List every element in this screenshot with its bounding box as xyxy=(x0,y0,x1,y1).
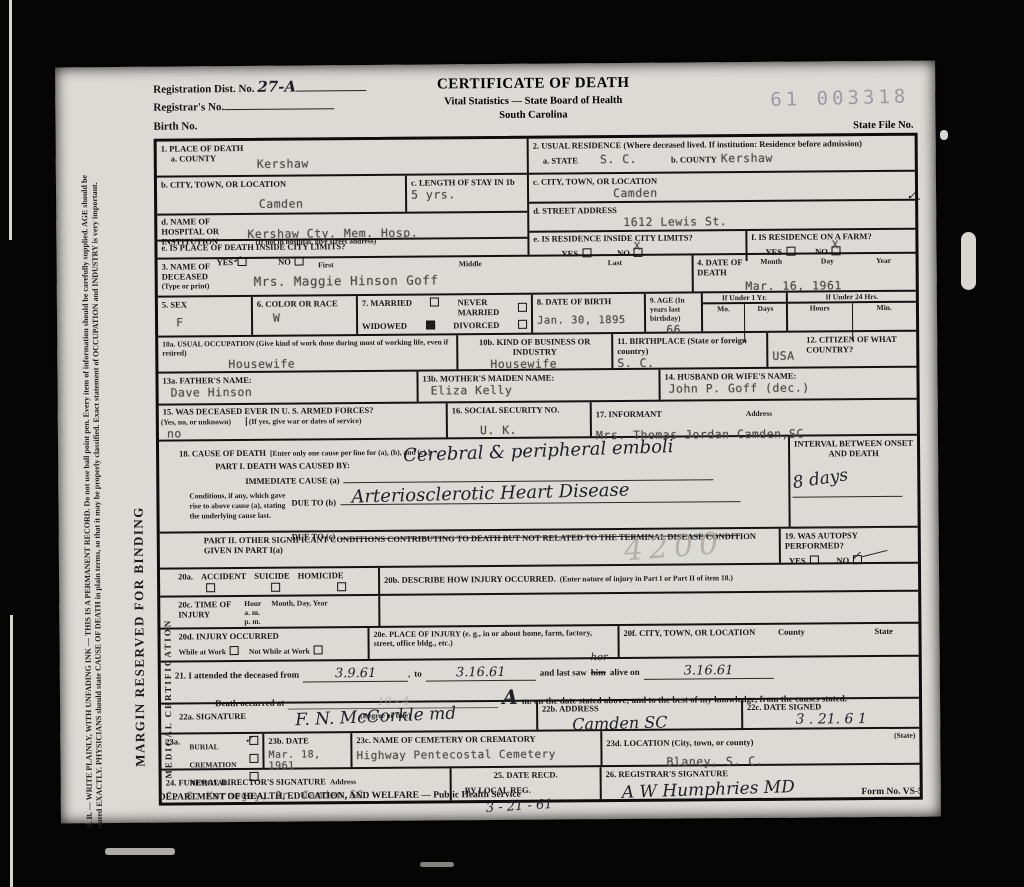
pen-stroke xyxy=(862,550,887,557)
signature-label: 22a. SIGNATURE xyxy=(179,711,246,722)
middle-header: Middle xyxy=(398,259,543,269)
day-header: Day xyxy=(799,256,855,277)
cremation-checkbox xyxy=(249,754,258,763)
place-of-injury-label: 20e. PLACE OF INJURY (e. g., in or about… xyxy=(373,628,613,648)
suicide-label: SUICIDE xyxy=(254,571,290,581)
section-date-of-death: 4. DATE OF DEATH Month Day Year Mar. 16,… xyxy=(693,254,916,292)
never-married-label: NEVER MARRIED xyxy=(458,297,500,318)
pm-label: p. m. xyxy=(244,617,261,626)
am-label: a. m. xyxy=(244,608,261,617)
year-header: Year xyxy=(855,256,911,277)
burial-date-label: 23b. DATE xyxy=(268,735,346,746)
cremation-label: CREMATION xyxy=(189,760,236,769)
armed-forces-value: no xyxy=(159,425,446,441)
row-place-residence: 1. PLACE OF DEATH a. COUNTY Kershaw b. C… xyxy=(157,136,916,260)
describe-injury-note: (Enter nature of injury in Part I or Par… xyxy=(560,573,733,583)
birth-no-label: Birth No. xyxy=(153,120,197,132)
injury-county-label: County xyxy=(778,626,875,654)
section-autopsy: 19. WAS AUTOPSY PERFORMED? YES NO ✓ xyxy=(781,528,918,563)
dob-value: Jan. 30, 1895 xyxy=(537,314,640,327)
scan-blob xyxy=(961,232,976,290)
row-forces-ssn-informant: 15. WAS DECEASED EVER IN U. S. ARMED FOR… xyxy=(159,400,917,442)
month-day-year-label: Month, Day, Year xyxy=(271,598,328,624)
injury-city-label: 20f. CITY, TOWN, OR LOCATION xyxy=(623,627,778,655)
informant-address-header: Address xyxy=(746,409,772,418)
interval-label: INTERVAL BETWEEN ONSET AND DEATH xyxy=(792,438,915,459)
date-signed-value: 3 . 21. 6 1 xyxy=(747,711,915,728)
typed-x-mark: X xyxy=(832,239,839,250)
section-under-24hrs: If Under 24 Hrs. Hours Min. xyxy=(788,292,916,331)
hospital-value: Kershaw Cty. Mem. Hosp. xyxy=(247,226,418,241)
name-label: 3. NAME OF DECEASED xyxy=(162,261,254,282)
burial-location-label: 23d. LOCATION (City, town, or county) xyxy=(606,737,753,748)
father-value: Dave Hinson xyxy=(171,384,413,400)
section-birthplace: 11. BIRTHPLACE (State or foreign country… xyxy=(613,333,768,368)
section-age: 9. AGE (In years last birthday) 66 xyxy=(646,293,703,331)
city-value: Camden xyxy=(161,196,401,212)
usual-residence-label: 2. USUAL RESIDENCE (Where deceased lived… xyxy=(533,138,911,151)
section-accident-suicide-homicide: 20a. ACCIDENT SUICIDE HOMICIDE xyxy=(174,568,380,596)
section-place-of-injury: 20e. PLACE OF INJURY (e. g., in or about… xyxy=(369,626,619,659)
length-of-stay-value: 5 yrs. xyxy=(411,187,523,202)
hospital-label: d. NAME OF HOSPITAL OR INSTITUTION xyxy=(161,216,251,247)
registration-dist-value: 27-A xyxy=(257,78,296,96)
under-1yr-header: If Under 1 Yr. xyxy=(703,293,786,305)
homicide-checkbox xyxy=(337,582,346,591)
section-date-of-birth: 8. DATE OF BIRTH Jan. 30, 1895 xyxy=(533,294,646,333)
injury-occurred-label: 20d. INJURY OCCURRED xyxy=(178,630,363,642)
divorced-checkbox xyxy=(518,320,527,329)
item-20a-label: 20a. xyxy=(178,571,193,581)
immediate-cause-label: IMMEDIATE CAUSE (a) xyxy=(245,475,339,486)
last-saw-text: and last saw xyxy=(540,667,587,677)
res-city-value: Camden xyxy=(613,184,911,200)
row-attended: 21. I attended the deceased from 3.9.61,… xyxy=(161,657,919,705)
section-usual-residence: 2. USUAL RESIDENCE (Where deceased lived… xyxy=(529,136,916,255)
sex-label: 5. SEX xyxy=(162,299,247,310)
item-23a-label: 23a. xyxy=(165,736,189,766)
certificate-title: CERTIFICATE OF DEATH xyxy=(383,75,683,94)
certificate-state: South Carolina xyxy=(383,109,683,122)
section-signature: 22a. SIGNATURE (Degree or title) F. N. M… xyxy=(175,702,538,733)
section-ssn: 16. SOCIAL SECURITY NO. U. K. xyxy=(448,402,592,437)
section-sex: 5. SEX F xyxy=(158,297,253,336)
res-county-label: b. COUNTY xyxy=(671,154,717,164)
section-marital-status: 7. MARRIED NEVER MARRIED WIDOWED DIVORCE… xyxy=(358,295,533,334)
street-address-value: 1612 Lewis St. xyxy=(623,213,911,229)
county-value: Kershaw xyxy=(257,156,309,170)
row-occupation: 10a. USUAL OCCUPATION (Give kind of work… xyxy=(158,332,916,374)
funeral-director-label: 24. FUNERAL DIRECTOR'S SIGNATURE xyxy=(166,776,326,787)
city-label: b. CITY, TOWN, OR LOCATION xyxy=(161,178,401,190)
ssn-label: 16. SOCIAL SECURITY NO. xyxy=(452,404,586,415)
birthplace-label: 11. BIRTHPLACE (State or foreign country… xyxy=(617,335,762,357)
section-burial-date: 23b. DATE Mar. 18, 1961 xyxy=(264,733,352,768)
row-part2-autopsy: PART II. OTHER SIGNIFICANT CONDITIONS CO… xyxy=(160,528,918,570)
state-file-label: State File No. xyxy=(853,120,913,131)
while-at-work-checkbox xyxy=(230,646,239,655)
first-header: First xyxy=(254,260,399,270)
interval-value: 8 days xyxy=(791,456,916,494)
occupation-value: Housewife xyxy=(228,357,295,372)
part2-pencil-scrawl: 4200 xyxy=(623,526,726,569)
while-at-work-label: While at Work xyxy=(179,647,226,656)
to-word: to xyxy=(414,669,422,679)
length-of-stay-label: c. LENGTH OF STAY IN 1b xyxy=(411,177,523,188)
color-race-label: 6. COLOR OR RACE xyxy=(257,298,352,309)
funeral-director-address-header: Address xyxy=(330,777,356,786)
cemetery-value: Highway Pentecostal Cemetery xyxy=(356,747,596,762)
section-injury-occurred: 20d. INJURY OCCURRED While at Work Not W… xyxy=(174,628,369,661)
registration-dist-label: Registration Dist. No. xyxy=(153,83,255,96)
citizen-label: 12. CITIZEN OF WHAT COUNTRY? xyxy=(806,334,912,355)
certificate-paper: N. B. — WRITE PLAINLY, WITH UNFADING INK… xyxy=(55,61,941,824)
industry-value: Housewife xyxy=(490,357,607,372)
section-place-of-death: 1. PLACE OF DEATH a. COUNTY Kershaw b. C… xyxy=(157,139,530,258)
scan-streak xyxy=(420,862,454,867)
state-file-number-stamp: 61 003318 xyxy=(770,86,909,112)
not-while-at-work-checkbox xyxy=(314,645,323,654)
married-label: 7. MARRIED xyxy=(362,298,412,309)
certificate-header: Registration Dist. No. 27-A Registrar's … xyxy=(153,73,917,137)
scan-streak xyxy=(105,848,175,855)
section-describe-injury: 20b. DESCRIBE HOW INJURY OCCURRED. (Ente… xyxy=(380,564,918,594)
cemetery-label: 23c. NAME OF CEMETERY OR CREMATORY xyxy=(356,733,596,745)
sex-value: F xyxy=(176,315,247,330)
spouse-value: John P. Goff (dec.) xyxy=(669,380,913,396)
row-name-dod: 3. NAME OF DECEASED (Type or print) Firs… xyxy=(158,254,916,298)
section-disposition: 23a. BURIAL ✓ CREMATION REMOVAL xyxy=(161,734,264,769)
dod-label: 4. DATE OF DEATH xyxy=(697,257,743,278)
industry-label: 10b. KIND OF BUSINESS OR INDUSTRY xyxy=(462,336,607,358)
date-received-label: 25. DATE RECD. xyxy=(456,769,596,780)
due-to-b-label: DUE TO (b) xyxy=(291,497,336,507)
section-date-signed: 22c. DATE SIGNED 3 . 21. 6 1 xyxy=(743,699,919,728)
dob-label: 8. DATE OF BIRTH xyxy=(537,296,640,307)
mother-value: Eliza Kelly xyxy=(431,382,655,398)
physician-signature-value: F. N. McCorkle md xyxy=(295,704,457,731)
pen-check-mark: ✓ xyxy=(850,550,861,563)
last-seen-date-value: 3.16.61 xyxy=(643,663,773,680)
section-armed-forces: 15. WAS DECEASED EVER IN U. S. ARMED FOR… xyxy=(159,403,448,439)
not-while-at-work-label: Not While at Work xyxy=(249,647,310,656)
section-citizen: 12. CITIZEN OF WHAT COUNTRY? USA xyxy=(768,332,916,367)
homicide-label: HOMICIDE xyxy=(298,570,344,581)
name-sub: (Type or print) xyxy=(162,281,254,291)
res-city-limits-label: e. IS RESIDENCE INSIDE CITY LIMITS? xyxy=(533,232,741,244)
row-cause-of-death: 18. CAUSE OF DEATH [Enter only one cause… xyxy=(159,436,918,534)
certificate-form: 1. PLACE OF DEATH a. COUNTY Kershaw b. C… xyxy=(154,133,923,806)
section-mother: 13b. MOTHER'S MAIDEN NAME: Eliza Kelly xyxy=(418,370,660,402)
state-value: S. C. xyxy=(600,152,637,166)
scan-streak xyxy=(9,0,12,240)
attended-pre-text: 21. I attended the deceased from xyxy=(175,670,299,681)
citizen-value: USA xyxy=(772,349,794,363)
her-handwritten: her xyxy=(591,652,608,663)
section-cause-of-death: 18. CAUSE OF DEATH [Enter only one cause… xyxy=(173,437,791,532)
burial-label: BURIAL xyxy=(189,742,218,751)
month-header: Month xyxy=(743,257,799,278)
burial-state-label: (State) xyxy=(894,731,915,740)
section-interval: INTERVAL BETWEEN ONSET AND DEATH 8 days xyxy=(790,436,918,527)
certificate-subtitle: Vital Statistics — State Board of Health xyxy=(383,95,683,108)
attended-to-value: 3.16.61 xyxy=(426,665,536,682)
last-header: Last xyxy=(543,258,688,268)
ssn-value: U. K. xyxy=(480,422,586,437)
typed-x-mark: X xyxy=(634,241,641,252)
res-farm-label: f. IS RESIDENCE ON A FARM? xyxy=(751,231,911,242)
alive-on-text: alive on xyxy=(610,667,640,677)
time-of-injury-label: 20c. TIME OF INJURY xyxy=(178,599,234,625)
section-spouse: 14. HUSBAND OR WIFE'S NAME: John P. Goff… xyxy=(660,368,916,400)
describe-injury-label: 20b. DESCRIBE HOW INJURY OCCURRED. xyxy=(384,574,556,585)
yes-checkbox xyxy=(809,556,818,565)
accident-label: ACCIDENT xyxy=(201,571,246,582)
header-center: CERTIFICATE OF DEATH Vital Statistics — … xyxy=(383,75,683,122)
armed-forces-note1: (Yes, no, or unknown) xyxy=(159,417,247,427)
scan-streak xyxy=(10,615,13,887)
married-checkbox xyxy=(430,297,439,306)
row-burial: 23a. BURIAL ✓ CREMATION REMOVAL 23b. DAT… xyxy=(161,729,919,771)
time-of-injury-blank xyxy=(380,592,918,626)
accident-checkbox xyxy=(206,583,215,592)
section-cemetery: 23c. NAME OF CEMETERY OR CREMATORY Highw… xyxy=(352,731,602,767)
registrars-no-label: Registrar's No. xyxy=(153,101,224,114)
state-label: a. STATE xyxy=(533,156,578,166)
section-burial-location: 23d. LOCATION (City, town, or county) (S… xyxy=(602,729,919,765)
suicide-checkbox xyxy=(272,583,281,592)
attended-from-value: 3.9.61 xyxy=(303,666,408,683)
occupation-label: 10a. USUAL OCCUPATION (Give kind of work… xyxy=(162,337,452,357)
age-label: 9. AGE (In years last birthday) xyxy=(650,295,697,322)
section-part2: PART II. OTHER SIGNIFICANT CONDITIONS CO… xyxy=(174,529,781,568)
deceased-name-value: Mrs. Maggie Hinson Goff xyxy=(254,271,688,289)
armed-forces-note2: (If yes, give war or dates of service) xyxy=(247,416,446,427)
him-strikethrough: him xyxy=(591,667,606,677)
pen-check-mark: ✓ xyxy=(244,734,253,745)
cause-label: 18. CAUSE OF DEATH xyxy=(179,448,266,459)
informant-label: 17. INFORMANT xyxy=(596,409,662,420)
res-county-value: Kershaw xyxy=(721,151,773,165)
section-time-of-injury: 20c. TIME OF INJURY Hour a. m. p. m. Mon… xyxy=(174,596,380,628)
no-checkbox: ✓ xyxy=(853,555,862,564)
row-demographics: 5. SEX F 6. COLOR OR RACE W 7. MARRIED N… xyxy=(158,292,916,338)
section-color-race: 6. COLOR OR RACE W xyxy=(253,296,358,335)
section-name-of-deceased: 3. NAME OF DECEASED (Type or print) Firs… xyxy=(158,255,694,295)
section-occupation: 10a. USUAL OCCUPATION (Give kind of work… xyxy=(158,335,458,371)
section-injury-city: 20f. CITY, TOWN, OR LOCATION County Stat… xyxy=(619,624,918,657)
color-race-value: W xyxy=(273,310,352,325)
scan-speck xyxy=(940,130,948,140)
section-informant: 17. INFORMANT Address Mrs. Thomas Jordan… xyxy=(592,400,917,437)
widowed-label: WIDOWED xyxy=(362,321,407,332)
section-industry: 10b. KIND OF BUSINESS OR INDUSTRY Housew… xyxy=(458,334,613,369)
section-under-1yr: If Under 1 Yr. Mo. Days xyxy=(703,293,788,332)
section-signature-address: 22b. ADDRESS Camden SC xyxy=(538,700,743,730)
widowed-checkbox-checked xyxy=(426,321,435,330)
injury-state-label: State xyxy=(874,626,914,653)
form-number: Form No. VS-5 xyxy=(861,787,922,799)
county-label: a. COUNTY xyxy=(161,151,523,164)
section-father: 13a. FATHER'S NAME: Dave Hinson xyxy=(158,372,418,404)
never-married-checkbox xyxy=(518,303,527,312)
autopsy-label: 19. WAS AUTOPSY PERFORMED? xyxy=(785,530,914,551)
divorced-label: DIVORCED xyxy=(453,320,499,331)
hour-label: Hour xyxy=(244,599,261,608)
margin-note-text: N. B. — WRITE PLAINLY, WITH UNFADING INK… xyxy=(80,161,105,829)
margin-binding-text: MARGIN RESERVED FOR BINDING xyxy=(130,506,148,767)
burial-checkbox: ✓ xyxy=(249,736,258,745)
